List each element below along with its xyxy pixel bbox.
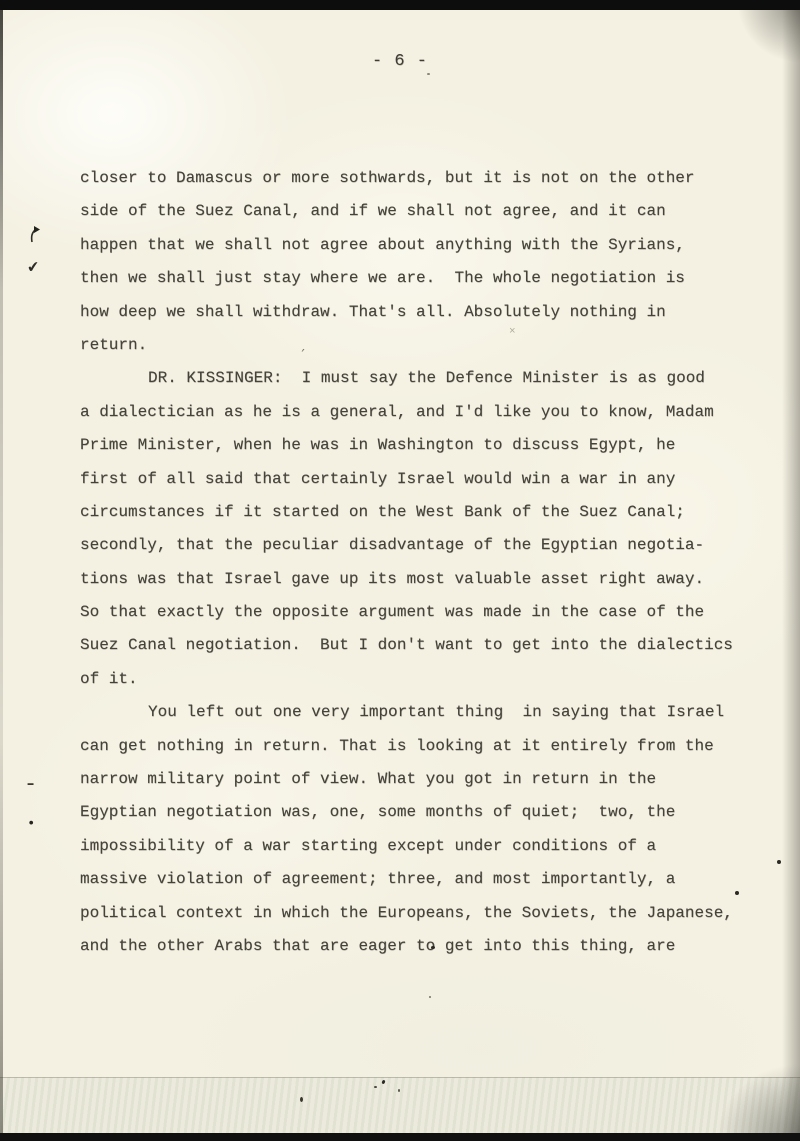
text-line: can get nothing in return. That is looki… [80,730,770,763]
text-line: how deep we shall withdraw. That's all. … [80,296,770,329]
margin-flag-mark-icon [28,225,43,248]
text-line: then we shall just stay where we are. Th… [80,262,770,295]
text-line: political context in which the Europeans… [80,897,770,930]
text-line: happen that we shall not agree about any… [80,229,770,262]
ink-speck [374,1086,377,1088]
scan-border-bottom [0,1133,800,1141]
text-line: Suez Canal negotiation. But I don't want… [80,629,770,662]
text-line: first of all said that certainly Israel … [80,463,770,496]
bottom-right-corner-shadow [680,1031,800,1141]
text-line: massive violation of agreement; three, a… [80,863,770,896]
text-line: of it. [80,663,770,696]
ink-speck [427,73,430,75]
text-line: impossibility of a war starting except u… [80,830,770,863]
text-line: secondly, that the peculiar disadvantage… [80,529,770,562]
ink-speck [431,946,435,949]
document-lines: closer to Damascus or more sothwards, bu… [80,162,770,963]
text-line: So that exactly the opposite argument wa… [80,596,770,629]
margin-check-mark: ✔ [26,257,40,276]
ink-speck [777,860,781,864]
page-left-edge-shadow [0,10,3,1133]
text-line: closer to Damascus or more sothwards, bu… [80,162,770,195]
ink-speck [300,1097,303,1102]
text-line: return. [80,329,770,362]
text-line: Egyptian negotiation was, one, some mont… [80,796,770,829]
text-line: tions was that Israel gave up its most v… [80,563,770,596]
ink-speck [429,996,431,998]
text-line: a dialectician as he is a general, and I… [80,396,770,429]
top-right-corner-shadow [710,0,800,90]
stray-x-mark: × [509,326,516,338]
text-line: You left out one very important thing in… [80,696,770,729]
page-number: - 6 - [0,52,800,71]
margin-dash-mark: - [24,776,37,793]
text-line: DR. KISSINGER: I must say the Defence Mi… [80,362,770,395]
text-line: Prime Minister, when he was in Washingto… [80,429,770,462]
page-right-edge-shadow [782,10,800,1133]
text-line: narrow military point of view. What you … [80,763,770,796]
text-line: side of the Suez Canal, and if we shall … [80,195,770,228]
ink-speck [735,891,739,895]
text-line: and the other Arabs that are eager to ge… [80,930,770,963]
scan-border-top [0,0,800,10]
text-line: circumstances if it started on the West … [80,496,770,529]
margin-dot-mark: • [27,816,35,832]
ink-speck [398,1089,400,1092]
